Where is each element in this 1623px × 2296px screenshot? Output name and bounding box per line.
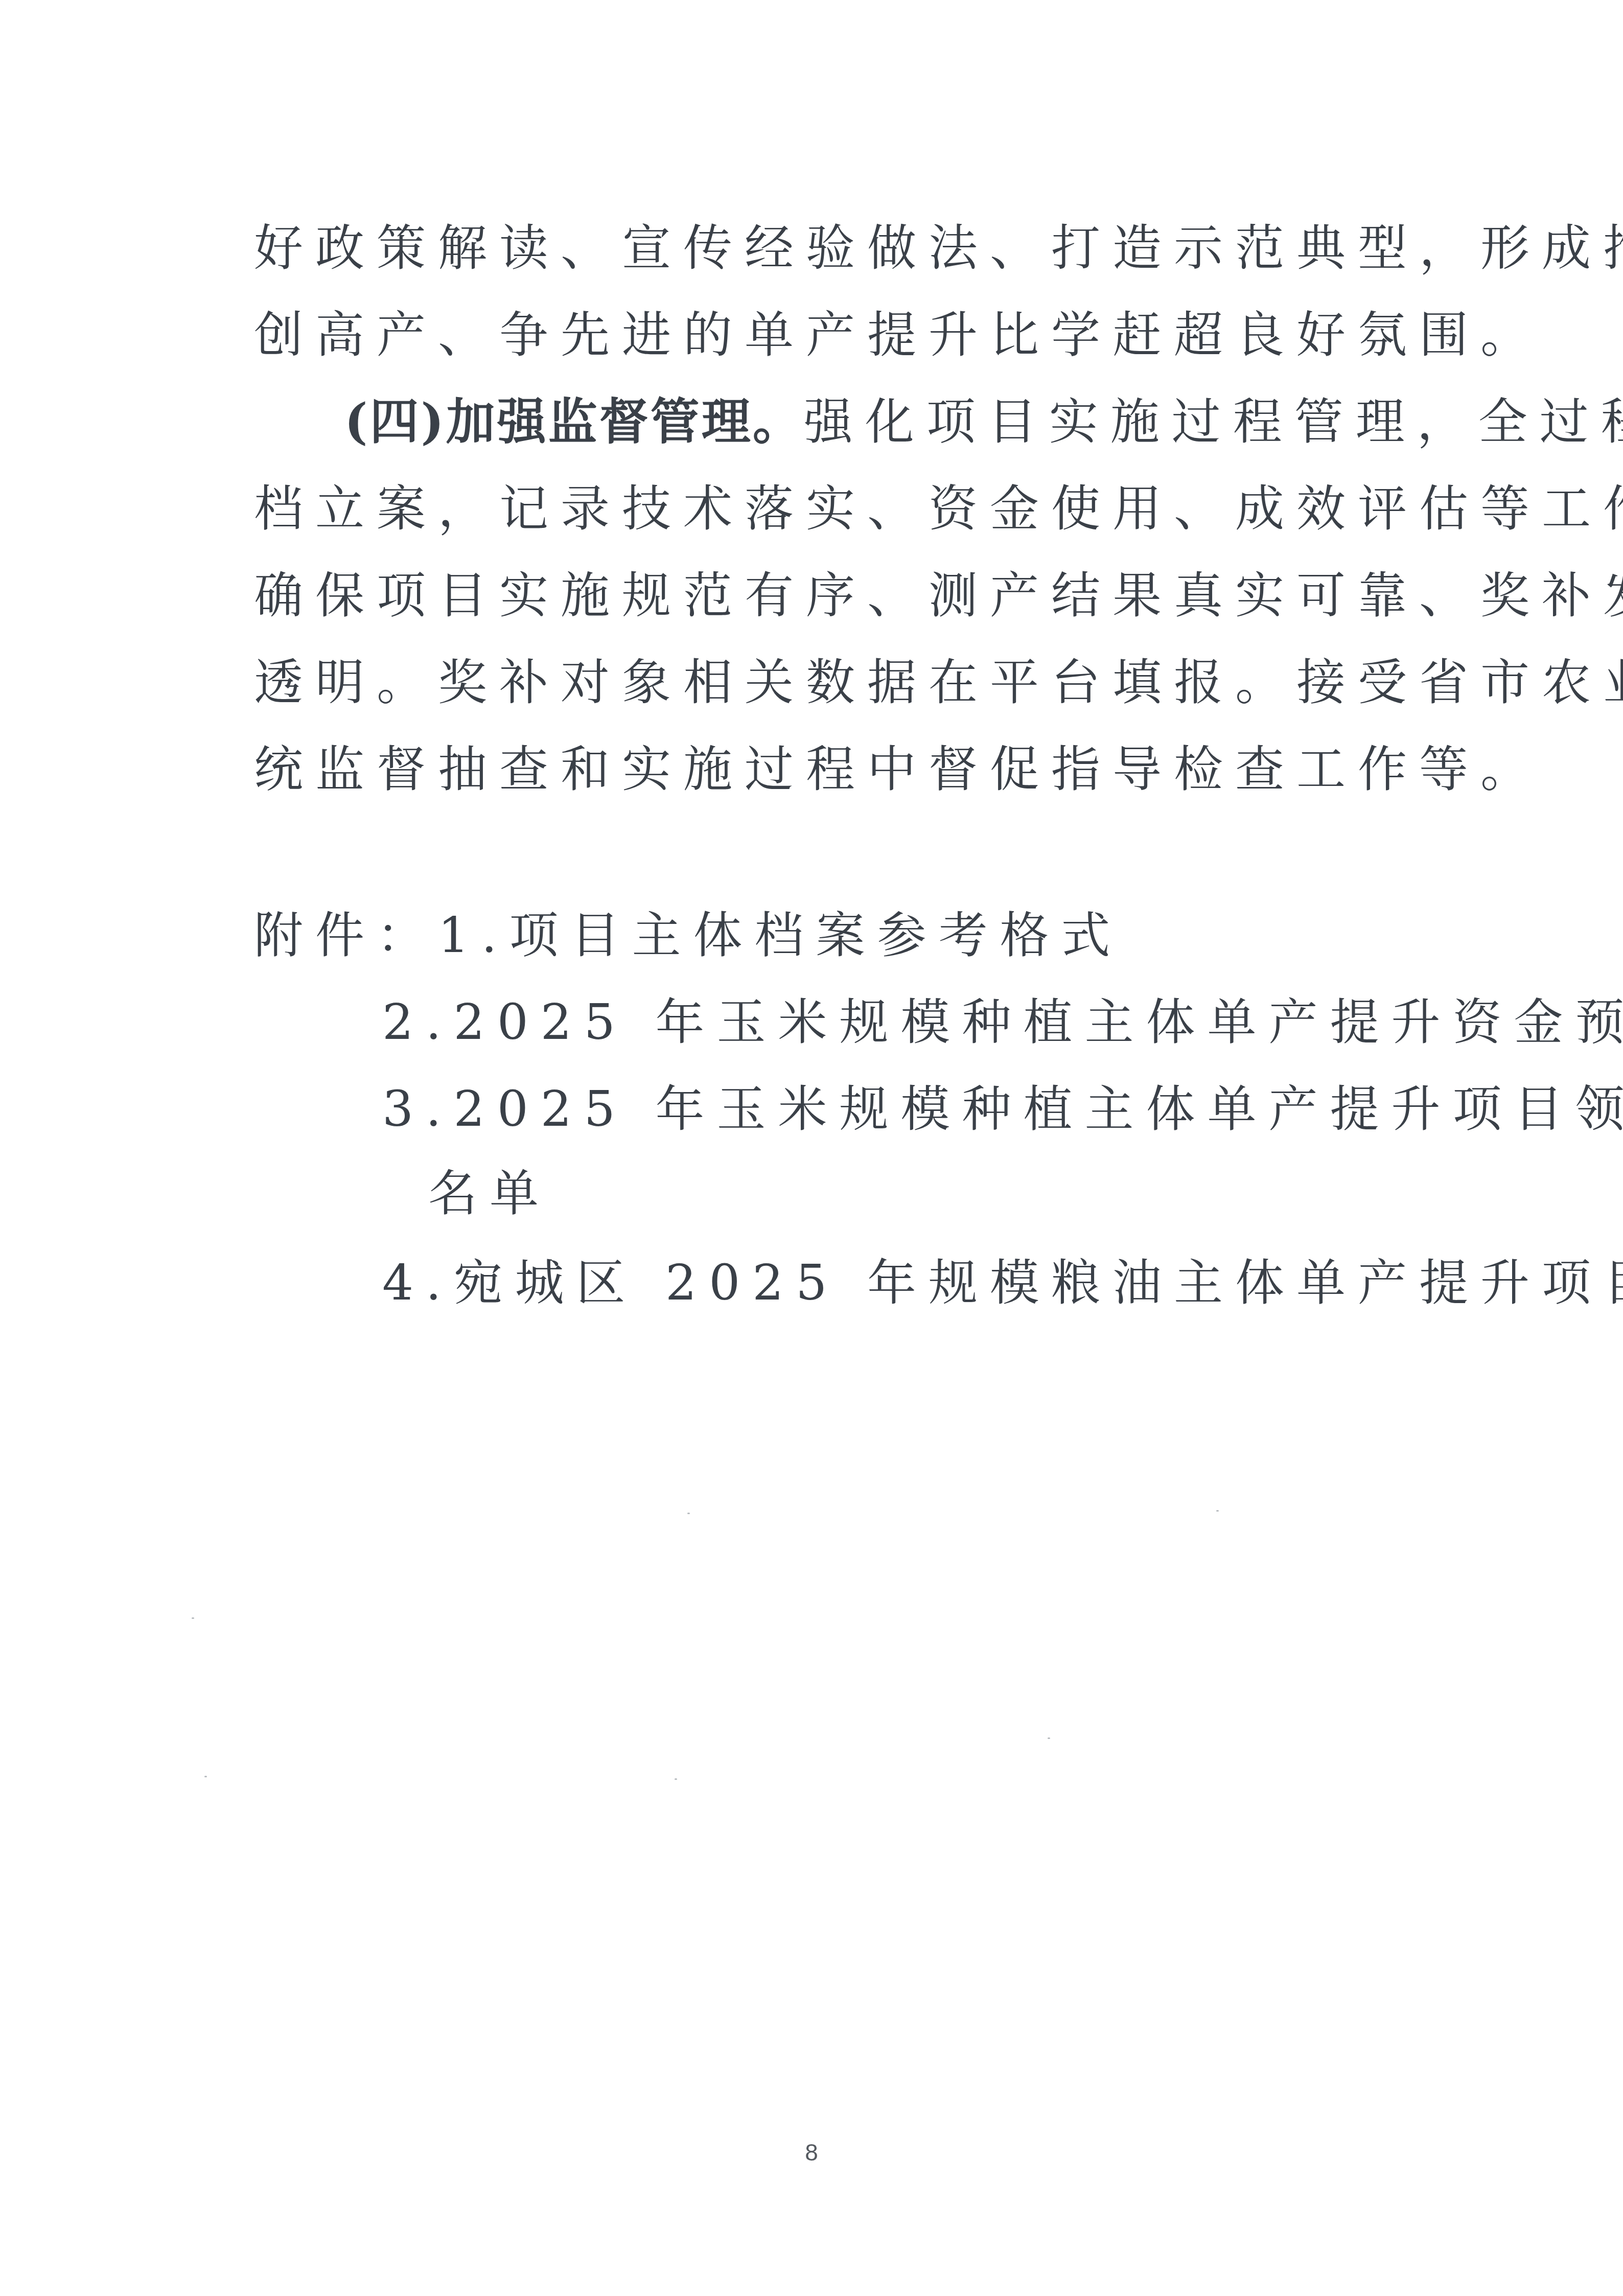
- scan-speck: [204, 1776, 207, 1777]
- attachment-item: 4.宛城区 2025 年规模粮油主体单产提升项目申报表: [382, 1252, 1527, 1313]
- scan-speck: [1216, 1510, 1219, 1512]
- scan-speck: [675, 1778, 677, 1780]
- body-text-line: 创高产、争先进的单产提升比学赶超良好氛围。: [254, 304, 1399, 365]
- attachments-label: 附件：: [254, 907, 438, 964]
- section-4-first-line: (四)加强监督管理。强化项目实施过程管理，全过程建: [344, 391, 1489, 452]
- attachment-item-continuation: 名单: [428, 1163, 1573, 1224]
- scan-speck: [192, 1617, 194, 1619]
- section-4-heading: (四)加强监督管理。: [344, 392, 804, 450]
- body-text-line: 统监督抽查和实施过程中督促指导检查工作等。: [254, 738, 1399, 800]
- body-text-line: 透明。奖补对象相关数据在平台填报。接受省市农业农村系: [254, 652, 1399, 713]
- body-text-line: 好政策解读、宣传经验做法、打造示范典型，形成推技术、: [254, 217, 1399, 279]
- section-4-text: 强化项目实施过程管理，全过程建: [804, 393, 1623, 450]
- attachment-item: 3.2025 年玉米规模种植主体单产提升项目领导小组: [382, 1078, 1527, 1140]
- attachment-first-line: 附件：1.项目主体档案参考格式: [254, 905, 1399, 966]
- body-text-line: 确保项目实施规范有序、测产结果真实可靠、奖补发放公开: [254, 565, 1399, 626]
- scan-speck: [1048, 1737, 1050, 1739]
- scan-speck: [687, 1513, 690, 1514]
- attachment-item: 1.项目主体档案参考格式: [438, 907, 1123, 964]
- page-number: 8: [0, 2139, 1623, 2166]
- body-text-line: 档立案，记录技术落实、资金使用、成效评估等工作内容，: [254, 478, 1399, 539]
- attachment-item: 2.2025 年玉米规模种植主体单产提升资金预算表: [382, 991, 1527, 1053]
- document-page: 好政策解读、宣传经验做法、打造示范典型，形成推技术、 创高产、争先进的单产提升比…: [0, 0, 1623, 2296]
